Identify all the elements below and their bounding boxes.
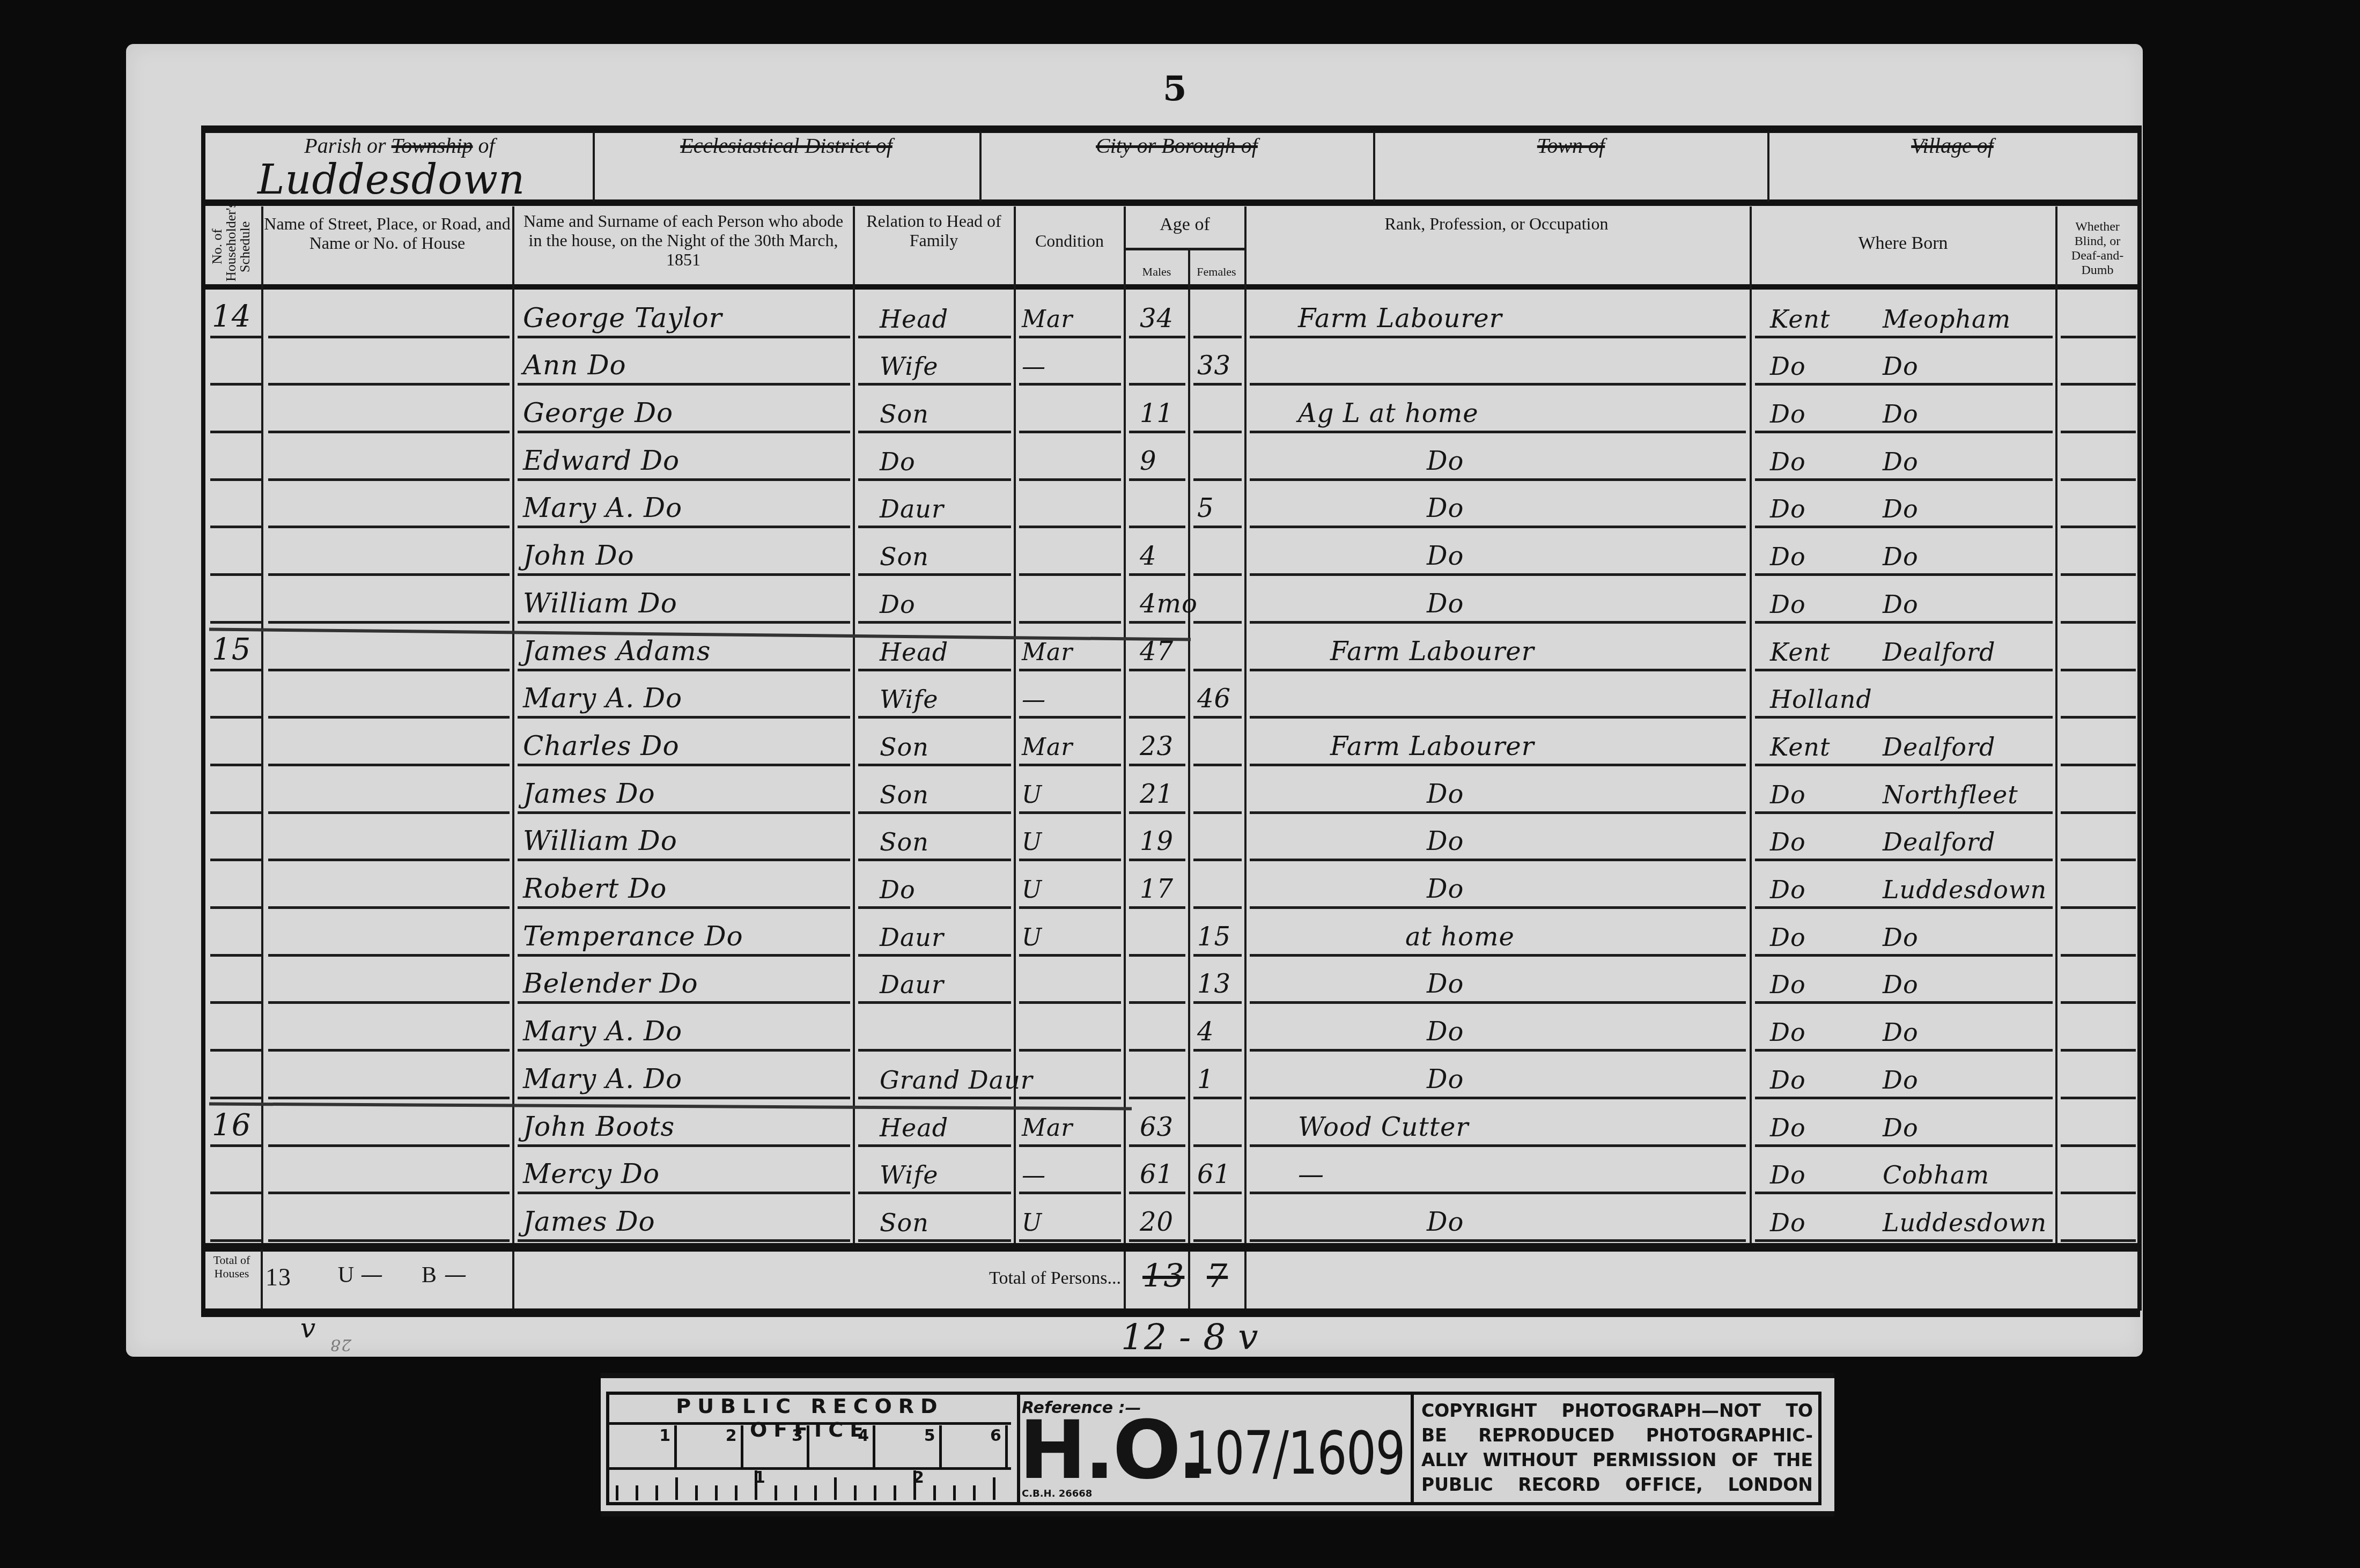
row-rule: [1193, 1144, 1242, 1147]
table-row: Mary A. DoWife—46Holland: [0, 673, 2360, 721]
relation: Son: [880, 1208, 929, 1237]
male-age: 9: [1140, 446, 1157, 476]
relation: Wife: [880, 352, 938, 381]
row-rule: [1250, 621, 1746, 624]
relation: Head: [880, 1113, 948, 1142]
row-rule: [268, 478, 510, 481]
row-rule: [1250, 954, 1746, 957]
row-rule: [1250, 573, 1746, 576]
row-rule: [1193, 478, 1242, 481]
person-name: Mary A. Do: [523, 683, 682, 714]
row-rule: [1129, 526, 1185, 528]
row-rule: [858, 1001, 1011, 1004]
row-rule: [518, 811, 850, 814]
page-number: 5: [1163, 69, 1187, 109]
row-rule: [1019, 1097, 1121, 1099]
row-rule: [518, 478, 850, 481]
row-rule: [1250, 478, 1746, 481]
male-age: 20: [1140, 1207, 1174, 1237]
col-header-occupation: Rank, Profession, or Occupation: [1314, 215, 1679, 234]
row-rule: [2061, 954, 2136, 957]
row-rule: [858, 383, 1011, 386]
person-name: James Do: [523, 1206, 655, 1237]
row-rule: [518, 1049, 850, 1052]
row-rule: [1129, 716, 1185, 719]
condition: —: [1022, 353, 1046, 380]
birth-parish: Dealford: [1883, 827, 1995, 856]
row-rule: [1129, 383, 1185, 386]
occupation: Farm Labourer: [1330, 731, 1535, 761]
row-rule: [268, 954, 510, 957]
occupation: Wood Cutter: [1298, 1112, 1469, 1142]
row-rule: [2061, 573, 2136, 576]
total-persons-females: 7: [1207, 1258, 1228, 1295]
female-age: 61: [1197, 1159, 1231, 1189]
row-rule: [1129, 906, 1185, 909]
row-rule: [1755, 906, 2053, 909]
row-rule: [518, 1192, 850, 1194]
row-rule: [518, 383, 850, 386]
occupation: Ag L at home: [1298, 398, 1479, 428]
scale-tick: [873, 1425, 875, 1468]
birth-county: Do: [1770, 352, 1806, 381]
birth-county: Do: [1770, 1113, 1806, 1142]
birth-county: Do: [1770, 447, 1806, 476]
row-rule: [1250, 716, 1746, 719]
row-rule: [2061, 764, 2136, 766]
row-rule: [2061, 1192, 2136, 1194]
row-rule: [1250, 431, 1746, 433]
person-name: Charles Do: [523, 730, 680, 761]
row-rule: [1019, 716, 1121, 719]
scale-label: 1: [659, 1426, 670, 1445]
condition: U: [1022, 829, 1042, 856]
occupation: Farm Labourer: [1298, 304, 1502, 334]
scale-label: 2: [913, 1468, 924, 1487]
reference-prefix: H.O.: [1019, 1410, 1206, 1491]
birth-county: Do: [1770, 970, 1806, 999]
relation: Son: [880, 827, 929, 856]
table-row: Mary A. DoDaur5DoDoDo: [0, 483, 2360, 530]
town-label: Town of: [1376, 134, 1766, 158]
occupation: Do: [1427, 826, 1464, 856]
scale-minor-tick: [973, 1485, 976, 1500]
table-row: James DoSonU21DoDoNorthfleet: [0, 768, 2360, 816]
table-row: John DoSon4DoDoDo: [0, 530, 2360, 578]
male-age: 63: [1140, 1112, 1174, 1142]
birth-parish: Do: [1883, 970, 1919, 999]
scale-tick: [741, 1425, 743, 1468]
person-name: James Do: [523, 778, 655, 809]
person-name: Mary A. Do: [523, 492, 682, 523]
row-rule: [2061, 1001, 2136, 1004]
row-rule: [268, 716, 510, 719]
row-rule: [1129, 954, 1185, 957]
relation: Do: [880, 875, 916, 904]
scale-tick: [807, 1425, 809, 1468]
person-name: John Boots: [523, 1111, 675, 1142]
divider: [261, 1249, 263, 1310]
table-row: Temperance DoDaurU15at homeDoDo: [0, 911, 2360, 958]
row-rule: [210, 431, 261, 433]
totals-top-rule: [201, 1243, 2140, 1252]
birth-parish: Do: [1883, 447, 1919, 476]
scale-minor-tick: [675, 1477, 678, 1500]
row-rule: [1019, 1239, 1121, 1242]
row-rule: [1755, 1097, 2053, 1099]
person-name: Temperance Do: [523, 921, 743, 952]
birth-parish: Meopham: [1883, 305, 2011, 334]
age-split-rule: [1125, 248, 1244, 250]
row-rule: [1129, 1144, 1185, 1147]
row-rule: [268, 621, 510, 624]
margin-note: 12 - 8 v: [1121, 1316, 1259, 1358]
person-name: Belender Do: [523, 968, 698, 999]
occupation: Do: [1427, 589, 1464, 619]
birth-parish: Do: [1883, 1018, 1919, 1047]
row-rule: [1019, 478, 1121, 481]
row-rule: [1250, 383, 1746, 386]
table-row: James DoSonU20DoDoLuddesdown: [0, 1196, 2360, 1244]
row-rule: [1129, 336, 1185, 338]
birth-parish: Cobham: [1883, 1160, 1989, 1189]
row-rule: [1193, 859, 1242, 861]
row-rule: [1755, 526, 2053, 528]
person-name: William Do: [523, 588, 677, 619]
row-rule: [518, 336, 850, 338]
row-rule: [268, 383, 510, 386]
total-persons-males: 13: [1142, 1258, 1184, 1295]
table-row: Robert DoDoU17DoDoLuddesdown: [0, 863, 2360, 911]
scale-minor-tick: [695, 1485, 698, 1500]
row-rule: [1250, 1097, 1746, 1099]
row-rule: [1250, 1001, 1746, 1004]
relation: Grand Daur: [880, 1066, 1033, 1094]
row-rule: [858, 526, 1011, 528]
row-rule: [1129, 764, 1185, 766]
row-rule: [210, 478, 261, 481]
birth-parish: Do: [1883, 590, 1919, 619]
row-rule: [1019, 859, 1121, 861]
male-age: 4mo: [1140, 589, 1198, 619]
table-row: William DoDo4moDoDoDo: [0, 578, 2360, 625]
row-rule: [518, 764, 850, 766]
row-rule: [2061, 1239, 2136, 1242]
row-rule: [1129, 1001, 1185, 1004]
row-rule: [1019, 1001, 1121, 1004]
female-age: 15: [1197, 922, 1231, 952]
scale-label: 6: [990, 1426, 1001, 1445]
row-rule: [1193, 906, 1242, 909]
relation: Son: [880, 780, 929, 809]
row-rule: [1193, 1239, 1242, 1242]
relation: Wife: [880, 1160, 938, 1189]
row-rule: [1129, 1097, 1185, 1099]
occupation: at home: [1405, 922, 1515, 952]
row-rule: [210, 1097, 261, 1099]
table-row: Mary A. Do4DoDoDo: [0, 1006, 2360, 1054]
row-rule: [1193, 336, 1242, 338]
row-rule: [1755, 1239, 2053, 1242]
scale-minor-tick: [616, 1485, 618, 1500]
birth-parish: Do: [1883, 1066, 1919, 1094]
birth-county: Do: [1770, 1160, 1806, 1189]
birth-parish: Dealford: [1883, 638, 1995, 667]
person-name: John Do: [523, 540, 635, 571]
col-header-females: Females: [1190, 265, 1243, 279]
scale-top-rule: [609, 1422, 1011, 1425]
row-rule: [1019, 526, 1121, 528]
row-rule: [1129, 573, 1185, 576]
row-rule: [858, 1192, 1011, 1194]
condition: Mar: [1022, 306, 1073, 333]
male-age: 19: [1140, 826, 1174, 856]
row-rule: [2061, 1097, 2136, 1099]
row-rule: [1250, 859, 1746, 861]
row-rule: [1193, 383, 1242, 386]
row-rule: [518, 716, 850, 719]
male-age: 23: [1140, 731, 1174, 761]
row-rule: [268, 906, 510, 909]
person-name: George Do: [523, 397, 673, 428]
female-age: 46: [1197, 684, 1231, 714]
occupation: Do: [1427, 969, 1464, 999]
row-rule: [1019, 383, 1121, 386]
row-rule: [1755, 954, 2053, 957]
row-rule: [1193, 573, 1242, 576]
birth-county: Do: [1770, 1018, 1806, 1047]
row-rule: [1019, 906, 1121, 909]
birth-county: Kent: [1770, 638, 1830, 667]
row-rule: [268, 811, 510, 814]
copyright-line: BE REPRODUCED PHOTOGRAPHIC-: [1421, 1423, 1813, 1448]
row-rule: [1019, 1192, 1121, 1194]
ecclesiastical-district-label: Ecclesiastical District of: [595, 134, 977, 158]
row-rule: [1250, 811, 1746, 814]
birth-parish: Luddesdown: [1883, 875, 2047, 904]
row-rule: [1250, 764, 1746, 766]
row-rule: [518, 1144, 850, 1147]
scale-label: 5: [924, 1426, 935, 1445]
birth-parish: Do: [1883, 923, 1919, 952]
row-rule: [1019, 1144, 1121, 1147]
row-rule: [518, 954, 850, 957]
row-rule: [1019, 669, 1121, 671]
row-rule: [268, 764, 510, 766]
female-age: 4: [1197, 1017, 1214, 1047]
reference-number: 107/1609: [1185, 1424, 1405, 1483]
row-rule: [1019, 811, 1121, 814]
female-age: 33: [1197, 351, 1231, 381]
occupation: Do: [1427, 874, 1464, 904]
birth-county: Do: [1770, 1208, 1806, 1237]
table-row: George DoSon11Ag L at homeDoDo: [0, 387, 2360, 435]
row-rule: [268, 1192, 510, 1194]
row-rule: [1250, 906, 1746, 909]
relation: Son: [880, 400, 929, 428]
header-bottom-rule: [201, 284, 2137, 290]
row-rule: [210, 954, 261, 957]
occupation: Do: [1427, 1017, 1464, 1047]
row-rule: [210, 859, 261, 861]
margin-faint-number: 28: [330, 1335, 351, 1354]
birth-county: Do: [1770, 400, 1806, 428]
birth-county: Kent: [1770, 733, 1830, 761]
row-rule: [1755, 1192, 2053, 1194]
city-borough-label: City or Borough of: [982, 134, 1372, 158]
relation: Daur: [880, 494, 944, 523]
row-rule: [1250, 669, 1746, 671]
occupation: Do: [1427, 493, 1464, 523]
birth-county: Do: [1770, 1066, 1806, 1094]
occupation: Do: [1427, 1207, 1464, 1237]
scale-minor-tick: [933, 1485, 936, 1500]
row-rule: [518, 526, 850, 528]
row-rule: [1193, 1049, 1242, 1052]
condition: U: [1022, 1209, 1042, 1237]
cbh-code: C.B.H. 26668: [1022, 1488, 1092, 1499]
building-value: —: [444, 1261, 467, 1288]
scale-minor-tick: [636, 1485, 638, 1500]
row-rule: [518, 573, 850, 576]
row-rule: [858, 811, 1011, 814]
scale-minor-tick: [715, 1485, 718, 1500]
row-rule: [1129, 1239, 1185, 1242]
row-rule: [518, 1239, 850, 1242]
birth-parish: Luddesdown: [1883, 1208, 2047, 1237]
person-name: Robert Do: [523, 873, 667, 904]
condition: Mar: [1022, 639, 1073, 666]
row-rule: [518, 906, 850, 909]
row-rule: [858, 478, 1011, 481]
female-age: 13: [1197, 969, 1231, 999]
row-rule: [858, 336, 1011, 338]
row-rule: [1129, 621, 1185, 624]
row-rule: [268, 859, 510, 861]
row-rule: [858, 1239, 1011, 1242]
row-rule: [210, 621, 261, 624]
row-rule: [858, 431, 1011, 433]
row-rule: [1755, 859, 2053, 861]
col-header-relation: Relation to Head of Family: [855, 212, 1012, 250]
copyright-line: ALLY WITHOUT PERMISSION OF THE: [1421, 1448, 1813, 1473]
row-rule: [2061, 669, 2136, 671]
female-age: 1: [1197, 1064, 1214, 1094]
row-rule: [1193, 431, 1242, 433]
relation: Son: [880, 733, 929, 761]
row-rule: [268, 573, 510, 576]
row-rule: [1129, 811, 1185, 814]
birth-county: Do: [1770, 827, 1806, 856]
row-rule: [858, 1049, 1011, 1052]
row-rule: [518, 621, 850, 624]
row-rule: [518, 1001, 850, 1004]
row-rule: [1193, 716, 1242, 719]
row-rule: [210, 1239, 261, 1242]
male-age: 17: [1140, 874, 1174, 904]
row-rule: [518, 669, 850, 671]
row-rule: [1129, 1049, 1185, 1052]
totals-bottom-rule: [201, 1308, 2140, 1317]
row-rule: [210, 1049, 261, 1052]
table-row: Belender DoDaur13DoDoDo: [0, 958, 2360, 1006]
parish-value: Luddesdown: [257, 156, 525, 203]
row-rule: [1129, 478, 1185, 481]
table-row: Mercy DoWife—6161—DoCobham: [0, 1149, 2360, 1196]
person-name: William Do: [523, 825, 677, 856]
scale-minor-tick: [655, 1485, 658, 1500]
row-rule: [1019, 431, 1121, 433]
row-rule: [858, 669, 1011, 671]
condition: Mar: [1022, 734, 1073, 761]
row-rule: [1755, 1049, 2053, 1052]
row-rule: [1755, 478, 2053, 481]
row-rule: [858, 954, 1011, 957]
row-rule: [1193, 526, 1242, 528]
row-rule: [2061, 906, 2136, 909]
row-rule: [268, 431, 510, 433]
col-header-males: Males: [1126, 265, 1187, 279]
township-struck-text: Township: [392, 134, 473, 158]
row-rule: [1250, 1144, 1746, 1147]
female-age: 5: [1197, 493, 1214, 523]
row-rule: [858, 573, 1011, 576]
col-header-schedule: No. of Householder's Schedule: [210, 212, 259, 282]
margin-tick: v: [300, 1313, 316, 1344]
male-age: 34: [1140, 304, 1174, 334]
male-age: 21: [1140, 779, 1174, 809]
row-rule: [1129, 669, 1185, 671]
row-rule: [1193, 1097, 1242, 1099]
row-rule: [1019, 954, 1121, 957]
row-rule: [268, 336, 510, 338]
scale-tick: [674, 1425, 677, 1468]
condition: U: [1022, 924, 1042, 951]
birth-county: Do: [1770, 590, 1806, 619]
condition: —: [1022, 686, 1046, 713]
row-rule: [858, 859, 1011, 861]
person-name: James Adams: [523, 635, 711, 667]
total-houses-label: Total of Houses: [204, 1254, 260, 1280]
schedule-number: 14: [212, 299, 251, 334]
row-rule: [518, 859, 850, 861]
uninhabited-label: U: [335, 1263, 357, 1288]
row-rule: [2061, 811, 2136, 814]
person-name: Mercy Do: [523, 1158, 660, 1189]
row-rule: [2061, 431, 2136, 433]
row-rule: [1019, 1049, 1121, 1052]
row-rule: [1193, 1001, 1242, 1004]
uninhabited-value: —: [360, 1261, 383, 1288]
row-rule: [1755, 336, 2053, 338]
row-rule: [1755, 383, 2053, 386]
row-rule: [1755, 764, 2053, 766]
row-rule: [858, 621, 1011, 624]
male-age: 4: [1140, 541, 1157, 571]
scale-minor-tick: [814, 1485, 817, 1500]
table-row: Ann DoWife—33DoDo: [0, 340, 2360, 388]
male-age: 11: [1140, 398, 1174, 428]
person-name: Edward Do: [523, 445, 680, 476]
row-rule: [2061, 716, 2136, 719]
row-rule: [210, 811, 261, 814]
row-rule: [1755, 621, 2053, 624]
village-label: Village of: [1770, 134, 2135, 158]
copyright-notice: COPYRIGHT PHOTOGRAPH—NOT TO BE REPRODUCE…: [1421, 1399, 1813, 1497]
row-rule: [858, 1144, 1011, 1147]
building-label: B: [418, 1263, 440, 1288]
scale-minor-tick: [735, 1485, 737, 1500]
